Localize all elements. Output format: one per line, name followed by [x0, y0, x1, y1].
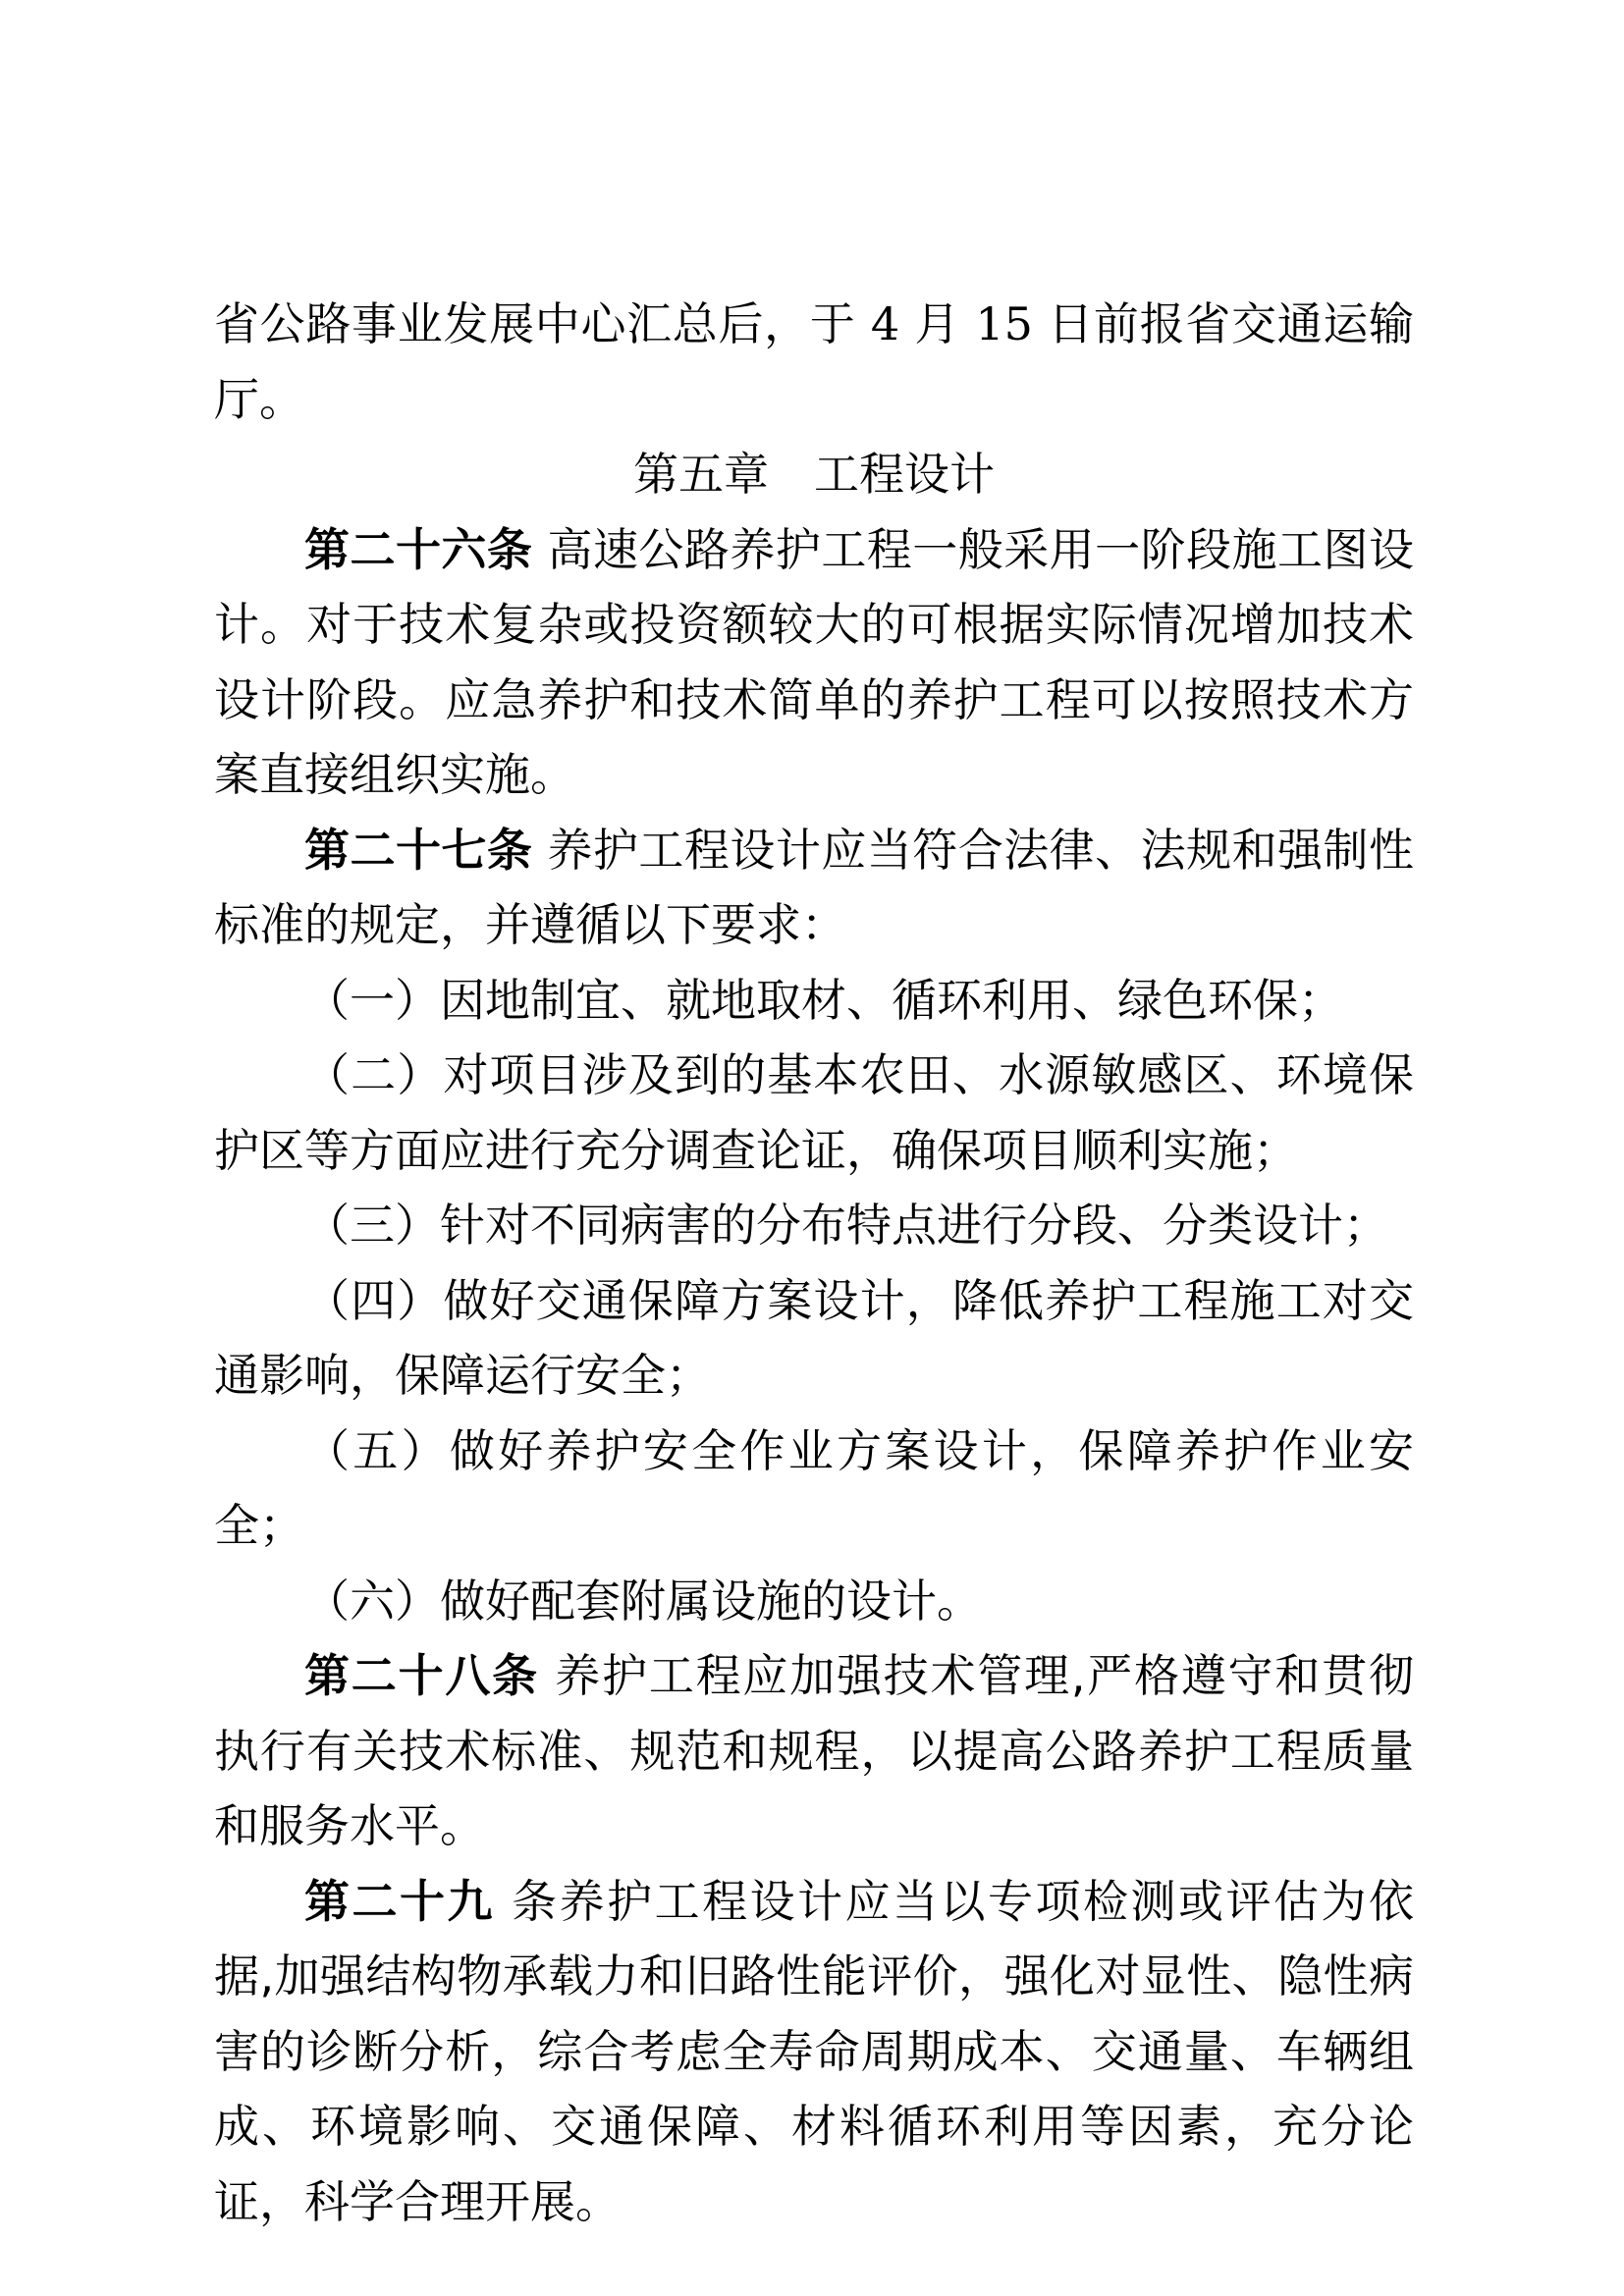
article-27-item-5: （五）做好养护安全作业方案设计，保障养护作业安全； — [214, 1414, 1414, 1564]
article-29-label: 第二十九 — [304, 1875, 495, 1928]
article-27-item-1: （一）因地制宜、就地取材、循环利用、绿色环保； — [214, 963, 1414, 1039]
article-27-item-3: （三）针对不同病害的分布特点进行分段、分类设计； — [214, 1188, 1414, 1263]
chapter-heading: 第五章 工程设计 — [214, 437, 1414, 512]
continuation-paragraph: 省公路事业发展中心汇总后，于 4 月 15 日前报省交通运输厅。 — [214, 287, 1414, 437]
article-28-paragraph: 第二十八条 养护工程应加强技术管理,严格遵守和贯彻执行有关技术标准、规范和规程，… — [214, 1638, 1414, 1864]
article-27-item-2: （二）对项目涉及到的基本农田、水源敏感区、环境保护区等方面应进行充分调查论证，确… — [214, 1038, 1414, 1188]
article-26-paragraph: 第二十六条 高速公路养护工程一般采用一阶段施工图设计。对于技术复杂或投资额较大的… — [214, 512, 1414, 813]
continuation-text-mid: 月 — [899, 297, 975, 350]
article-27-item-4: （四）做好交通保障方案设计，降低养护工程施工对交通影响，保障运行安全； — [214, 1263, 1414, 1414]
month-number: 4 — [871, 297, 899, 350]
article-27-paragraph: 第二十七条 养护工程设计应当符合法律、法规和强制性标准的规定，并遵循以下要求： — [214, 813, 1414, 963]
continuation-text-pre: 省公路事业发展中心汇总后，于 — [214, 297, 871, 350]
article-27-item-6: （六）做好配套附属设施的设计。 — [214, 1564, 1414, 1639]
day-number: 15 — [975, 297, 1033, 350]
article-29-paragraph: 第二十九 条养护工程设计应当以专项检测或评估为依据,加强结构物承载力和旧路性能评… — [214, 1864, 1414, 2240]
document-page: 省公路事业发展中心汇总后，于 4 月 15 日前报省交通运输厅。 第五章 工程设… — [0, 0, 1624, 2296]
document-content: 省公路事业发展中心汇总后，于 4 月 15 日前报省交通运输厅。 第五章 工程设… — [214, 287, 1414, 2239]
article-26-label: 第二十六条 — [304, 523, 532, 576]
article-28-label: 第二十八条 — [304, 1649, 539, 1702]
article-27-label: 第二十七条 — [304, 824, 532, 877]
